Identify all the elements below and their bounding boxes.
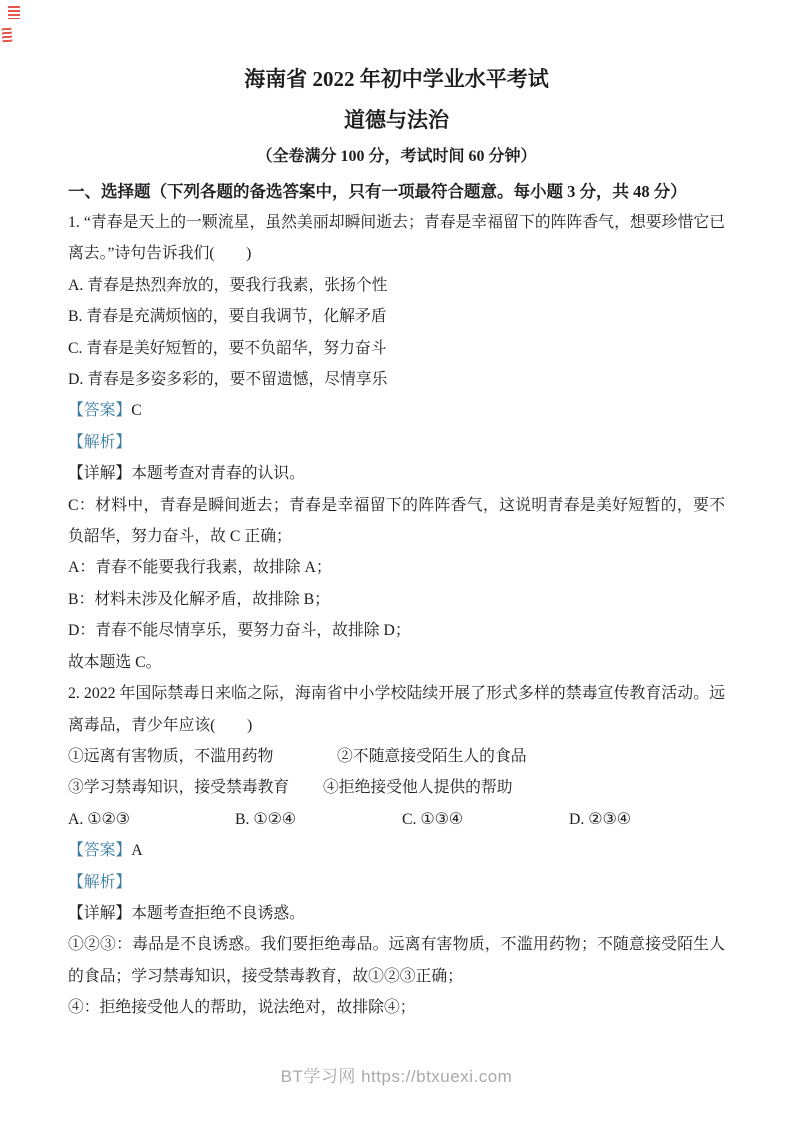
question-2-item-2: ②不随意接受陌生人的食品 xyxy=(337,741,527,772)
question-2-items-row-2: ③学习禁毒知识，接受禁毒教育 ④拒绝接受他人提供的帮助 xyxy=(68,772,725,803)
question-2-items-row-1: ①远离有害物质，不滥用药物 ②不随意接受陌生人的食品 xyxy=(68,741,725,772)
question-2-item-4: ④拒绝接受他人提供的帮助 xyxy=(323,772,513,803)
question-2-detail-123: ①②③：毒品是不良诱惑。我们要拒绝毒品。远离有害物质，不滥用药物；不随意接受陌生… xyxy=(68,929,725,992)
exam-title: 海南省 2022 年初中学业水平考试 xyxy=(68,66,725,92)
question-1-option-c: C. 青春是美好短暂的，要不负韶华，努力奋斗 xyxy=(68,333,725,364)
document-content: 海南省 2022 年初中学业水平考试 道德与法治 （全卷满分 100 分，考试时… xyxy=(0,66,793,1024)
question-2-options-row: A. ①②③ B. ①②④ C. ①③④ D. ②③④ xyxy=(68,804,725,835)
question-2-option-c: C. ①③④ xyxy=(402,804,569,835)
answer-label: 【答案】 xyxy=(68,842,131,859)
question-2-analysis-label: 【解析】 xyxy=(68,867,725,898)
question-1-answer-line: 【答案】C xyxy=(68,395,725,426)
exam-info: （全卷满分 100 分，考试时间 60 分钟） xyxy=(68,146,725,168)
question-1-conclusion: 故本题选 C。 xyxy=(68,647,725,678)
question-2-detail-intro: 【详解】本题考查拒绝不良诱惑。 xyxy=(68,898,725,929)
question-2-stem: 2. 2022 年国际禁毒日来临之际，海南省中小学校陆续开展了形式多样的禁毒宣传… xyxy=(68,678,725,741)
question-2-option-d: D. ②③④ xyxy=(569,804,631,835)
question-2-item-1: ①远离有害物质，不滥用药物 xyxy=(68,741,337,772)
question-1-detail-b: B：材料未涉及化解矛盾，故排除 B； xyxy=(68,584,725,615)
question-2-answer-line: 【答案】A xyxy=(68,835,725,866)
question-1-option-d: D. 青春是多姿多彩的，要不留遗憾，尽情享乐 xyxy=(68,364,725,395)
question-1-detail-d: D：青春不能尽情享乐，要努力奋斗，故排除 D； xyxy=(68,615,725,646)
red-stamp-fragment-icon xyxy=(8,6,20,19)
exam-subtitle: 道德与法治 xyxy=(68,107,725,133)
question-1-option-a: A. 青春是热烈奔放的，要我行我素，张扬个性 xyxy=(68,270,725,301)
question-2-option-b: B. ①②④ xyxy=(235,804,402,835)
watermark-footer: BT学习网 https://btxuexi.com xyxy=(0,1062,793,1087)
question-1-analysis-label: 【解析】 xyxy=(68,427,725,458)
question-2-detail-4: ④：拒绝接受他人的帮助，说法绝对，故排除④； xyxy=(68,992,725,1023)
question-1-detail-a: A：青春不能要我行我素，故排除 A； xyxy=(68,552,725,583)
question-1-stem: 1. “青春是天上的一颗流星，虽然美丽却瞬间逝去；青春是幸福留下的阵阵香气，想要… xyxy=(68,207,725,270)
question-1-option-b: B. 青春是充满烦恼的，要自我调节，化解矛盾 xyxy=(68,301,725,332)
exam-document-page: 海南省 2022 年初中学业水平考试 道德与法治 （全卷满分 100 分，考试时… xyxy=(0,0,793,1122)
red-stamp-fragment-icon xyxy=(2,28,13,43)
question-1-detail-intro: 【详解】本题考查对青春的认识。 xyxy=(68,458,725,489)
question-2-item-3: ③学习禁毒知识，接受禁毒教育 xyxy=(68,772,323,803)
section-heading: 一、选择题（下列各题的备选答案中，只有一项最符合题意。每小题 3 分，共 48 … xyxy=(68,177,725,207)
question-2-option-a: A. ①②③ xyxy=(68,804,235,835)
question-2-answer-value: A xyxy=(131,842,142,859)
question-1-detail-c: C：材料中，青春是瞬间逝去；青春是幸福留下的阵阵香气，这说明青春是美好短暂的，要… xyxy=(68,490,725,553)
answer-label: 【答案】 xyxy=(68,402,131,419)
question-1-answer-value: C xyxy=(131,402,142,419)
